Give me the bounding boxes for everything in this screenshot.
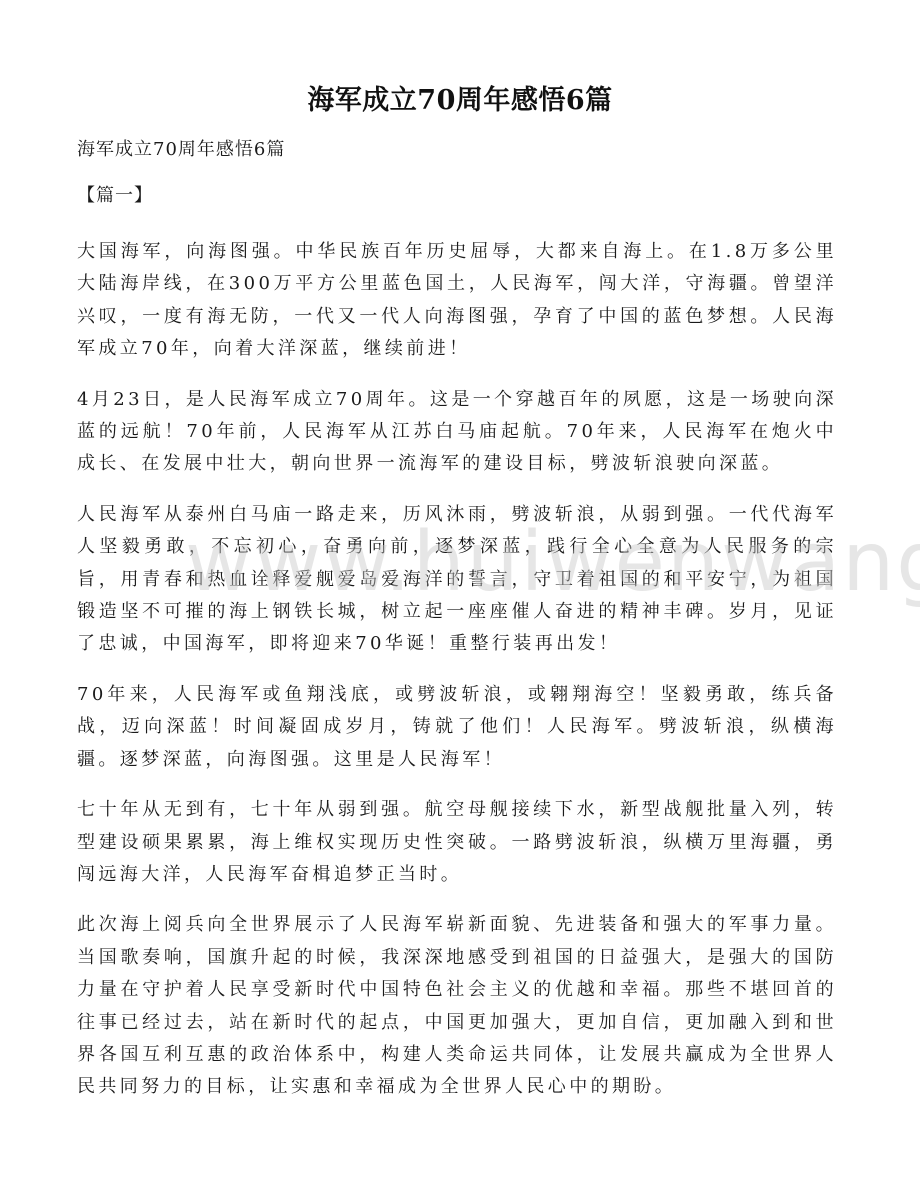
section-label: 【篇一】: [77, 182, 837, 210]
document-body: 海军成立70周年感悟6篇 【篇一】 大国海军，向海图强。中华民族百年历史屈辱，大…: [77, 136, 837, 1122]
paragraph: 4月23日，是人民海军成立70周年。这是一个穿越百年的夙愿，这是一场驶向深蓝的远…: [77, 384, 837, 481]
paragraph: 此次海上阅兵向全世界展示了人民海军崭新面貌、先进装备和强大的军事力量。当国歌奏响…: [77, 909, 837, 1103]
paragraph: 大国海军，向海图强。中华民族百年历史屈辱，大都来自海上。在1.8万多公里大陆海岸…: [77, 236, 837, 366]
paragraph: 人民海军从泰州白马庙一路走来，历风沐雨，劈波斩浪，从弱到强。一代代海军人坚毅勇敢…: [77, 499, 837, 661]
paragraph: 70年来，人民海军或鱼翔浅底，或劈波斩浪，或翱翔海空！坚毅勇敢，练兵备战，迈向深…: [77, 679, 837, 776]
document-subtitle: 海军成立70周年感悟6篇: [77, 136, 837, 164]
paragraph: 七十年从无到有，七十年从弱到强。航空母舰接续下水，新型战舰批量入列，转型建设硕果…: [77, 794, 837, 891]
document-page: 海军成立70周年感悟6篇 海军成立70周年感悟6篇 【篇一】 大国海军，向海图强…: [0, 0, 920, 1191]
document-title: 海军成立70周年感悟6篇: [0, 78, 920, 117]
